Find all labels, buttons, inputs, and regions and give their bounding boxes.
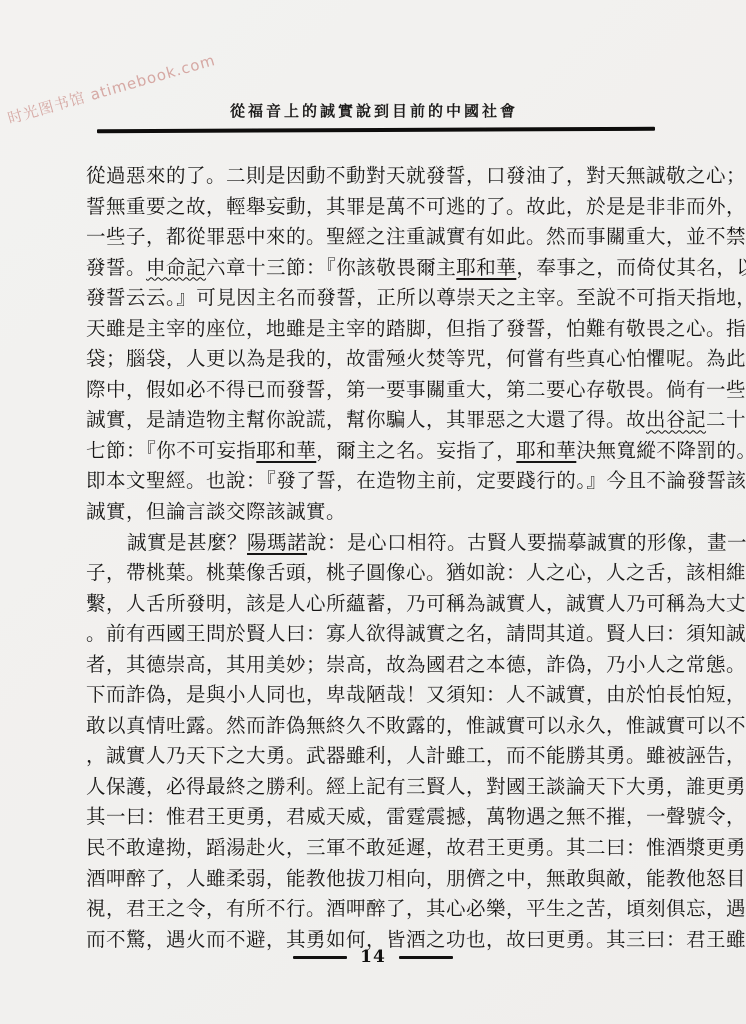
text-line: 子，帶桃葉。桃葉像舌頭，桃子圓像心。猶如說：人之心，人之舌，該相維相 [86,558,663,589]
proper-noun-segment: 陽瑪諾 [247,531,307,554]
text-line: 敢以真情吐露。然而詐偽無終久不敗露的，惟誠實可以永久，惟誠實可以不朽 [86,711,663,742]
text-segment: 下而詐偽，是與小人同也，卑哉陋哉！又須知：人不誠實，由於怕長怕短，不 [86,683,746,706]
text-segment: 誠實是甚麼？ [127,531,247,554]
text-segment: 人保護，必得最終之勝利。經上記有三賢人，對國王談論天下大勇，誰更勇。 [86,775,746,798]
text-segment: 一些子，都從罪惡中來的。聖經之注重誠實有如此。然而事關重大，並不禁人 [86,225,746,248]
text-segment: 七節：『你不可妄指 [86,439,256,462]
text-segment: ，奉事之，而倚仗其名，以 [516,256,746,279]
text-line: 際中，假如必不得已而發誓，第一要事關重大，第二要心存敬畏。倘有一些不 [86,375,663,406]
text-segment: ，誠實人乃天下之大勇。武器雖利，人計雖工，而不能勝其勇。雖被誣告，無 [86,744,746,767]
proper-noun-segment: 申命記 [146,256,206,279]
footer-dash-left [293,956,347,959]
text-segment: 。前有西國王問於賢人曰：寡人欲得誠實之名，請問其道。賢人曰：須知誠實 [86,622,746,645]
text-line: 即本文聖經。也說：『發了誓，在造物主前，定要踐行的。』今且不論發誓該 [86,466,663,497]
text-segment: 誠實，是請造物主幫你說謊，幫你騙人，其罪惡之大還了得。故 [86,408,646,431]
proper-noun-segment: 耶和華 [516,439,576,462]
text-line: 七節：『你不可妄指耶和華，爾主之名。妄指了，耶和華決無寬縱不降罰的。』 [86,436,663,467]
text-line: 民不敢違拗，蹈湯赴火，三軍不敢延遲，故君王更勇。其二曰：惟酒漿更勇， [86,833,663,864]
footer-dash-right [399,956,453,959]
page-footer: 14 [0,947,746,967]
scanned-book-page: 时光图书馆 atimebook.com 從福音上的誠實說到目前的中國社會 從過惡… [0,0,746,1024]
text-segment: 六章十三節：『你該敬畏爾主 [206,256,456,279]
text-line: 酒呷醉了，人雖柔弱，能教他拔刀相向，朋儕之中，無敢與敵，能教他怒目相 [86,864,663,895]
text-segment: 二十章 [706,408,746,431]
text-segment: 民不敢違拗，蹈湯赴火，三軍不敢延遲，故君王更勇。其二曰：惟酒漿更勇， [86,836,746,859]
proper-noun-segment: 出谷記 [646,408,706,431]
text-segment: 際中，假如必不得已而發誓，第一要事關重大，第二要心存敬畏。倘有一些不 [86,378,746,401]
text-line: 者，其德崇高，其用美妙；崇高，故為國君之本德，詐偽，乃小人之常態。陛 [86,650,663,681]
text-line: 下而詐偽，是與小人同也，卑哉陋哉！又須知：人不誠實，由於怕長怕短，不 [86,680,663,711]
text-segment: 發誓云云。』可見因主名而發誓，正所以尊崇天之主宰。至說不可指天指地， [86,286,746,309]
text-segment: 敢以真情吐露。然而詐偽無終久不敗露的，惟誠實可以永久，惟誠實可以不朽 [86,714,746,737]
text-segment: 即本文聖經。也說：『發了誓，在造物主前，定要踐行的。』今且不論發誓該 [86,469,746,492]
text-line: 發誓。申命記六章十三節：『你該敬畏爾主耶和華，奉事之，而倚仗其名，以 [86,253,663,284]
text-line: 天雖是主宰的座位，地雖是主宰的踏脚，但指了發誓，怕難有敬畏之心。指腦 [86,314,663,345]
text-line: 誠實是甚麼？陽瑪諾說：是心口相符。古賢人要揣摹誠實的形像，畫一桃 [86,528,663,559]
body-text: 從過惡來的了。二則是因動不動對天就發誓，口發油了，對天無誠敬之心；所誓無重要之故… [86,161,663,955]
text-segment: 說：是心口相符。古賢人要揣摹誠實的形像，畫一桃 [307,531,746,554]
text-line: 視，君王之令，有所不行。酒呷醉了，其心必樂，平生之苦，頃刻俱忘，遇險 [86,894,663,925]
text-segment: 袋；腦袋，人更以為是我的，故雷殛火焚等咒，何嘗有些真心怕懼呢。為此交 [86,347,746,370]
text-segment: 發誓。 [86,256,146,279]
text-segment: 酒呷醉了，人雖柔弱，能教他拔刀相向，朋儕之中，無敢與敵，能教他怒目相 [86,867,746,890]
page-number: 14 [360,947,386,967]
text-segment: 天雖是主宰的座位，地雖是主宰的踏脚，但指了發誓，怕難有敬畏之心。指腦 [86,317,746,340]
text-segment: 繫，人舌所發明，該是人心所蘊蓄，乃可稱為誠實人，誠實人乃可稱為大丈夫 [86,592,746,615]
proper-noun-segment: 耶和華 [256,439,316,462]
text-line: 袋；腦袋，人更以為是我的，故雷殛火焚等咒，何嘗有些真心怕懼呢。為此交 [86,344,663,375]
text-line: 人保護，必得最終之勝利。經上記有三賢人，對國王談論天下大勇，誰更勇。 [86,772,663,803]
text-segment: 其一曰：惟君王更勇，君威天威，雷霆震撼，萬物遇之無不摧，一聲號令，萬 [86,805,746,828]
text-segment: 決無寬縱不降罰的。』 [576,439,746,462]
text-line: 繫，人舌所發明，該是人心所蘊蓄，乃可稱為誠實人，誠實人乃可稱為大丈夫 [86,589,663,620]
running-header-title: 從福音上的誠實說到目前的中國社會 [86,100,662,121]
text-line: 。前有西國王問於賢人曰：寡人欲得誠實之名，請問其道。賢人曰：須知誠實 [86,619,663,650]
text-line: 其一曰：惟君王更勇，君威天威，雷霆震撼，萬物遇之無不摧，一聲號令，萬 [86,802,663,833]
header-rule [97,127,655,133]
text-line: 誠實，但論言談交際該誠實。 [86,497,663,528]
text-line: 誓無重要之故，輕舉妄動，其罪是萬不可逃的了。故此，於是是非非而外，多 [86,192,663,223]
text-segment: 子，帶桃葉。桃葉像舌頭，桃子圓像心。猶如說：人之心，人之舌，該相維相 [86,561,746,584]
text-line: 發誓云云。』可見因主名而發誓，正所以尊崇天之主宰。至說不可指天指地， [86,283,663,314]
proper-noun-segment: 耶和華 [456,256,516,279]
text-segment: 誠實，但論言談交際該誠實。 [86,500,346,523]
text-segment: 者，其德崇高，其用美妙；崇高，故為國君之本德，詐偽，乃小人之常態。陛 [86,653,746,676]
text-segment: ，爾主之名。妄指了， [316,439,516,462]
text-line: 從過惡來的了。二則是因動不動對天就發誓，口發油了，對天無誠敬之心；所 [86,161,663,192]
text-line: 誠實，是請造物主幫你說謊，幫你騙人，其罪惡之大還了得。故出谷記二十章 [86,405,663,436]
text-line: 一些子，都從罪惡中來的。聖經之注重誠實有如此。然而事關重大，並不禁人 [86,222,663,253]
text-segment: 誓無重要之故，輕舉妄動，其罪是萬不可逃的了。故此，於是是非非而外，多 [86,195,746,218]
text-segment: 視，君王之令，有所不行。酒呷醉了，其心必樂，平生之苦，頃刻俱忘，遇險 [86,897,746,920]
text-segment: 從過惡來的了。二則是因動不動對天就發誓，口發油了，對天無誠敬之心；所 [86,164,746,187]
text-line: ，誠實人乃天下之大勇。武器雖利，人計雖工，而不能勝其勇。雖被誣告，無 [86,741,663,772]
